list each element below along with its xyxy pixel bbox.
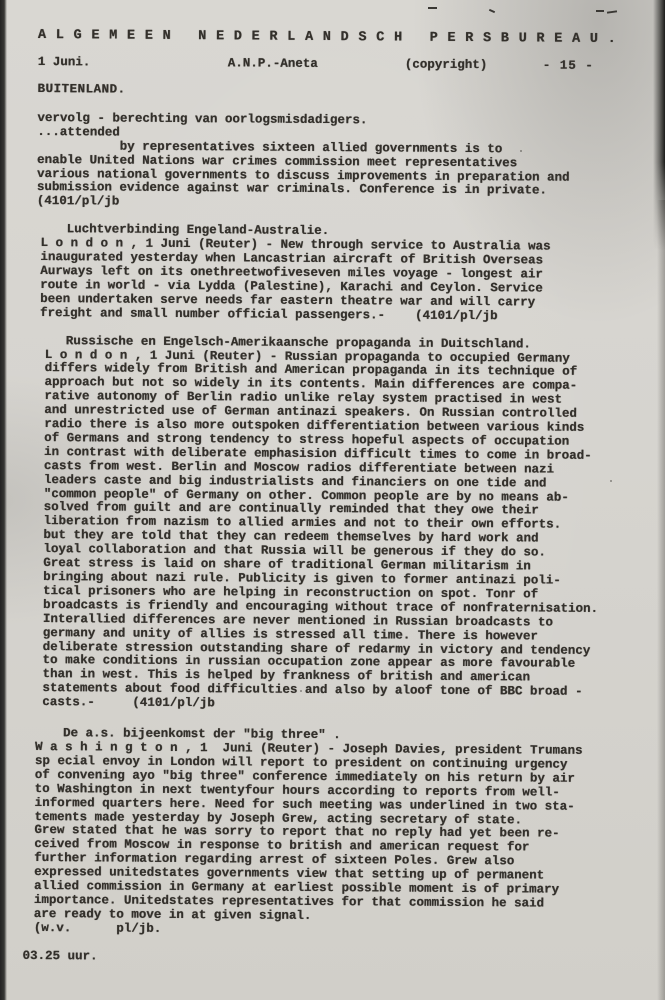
article-war-criminals: vervolg - berechting van oorlogsmisdadig… <box>37 112 628 213</box>
article-propaganda-germany: Russische en Engelsch-Amerikaansche prop… <box>33 335 626 715</box>
copyright-note: (copyright) <box>405 59 488 73</box>
article-body: L o n d o n , 1 Juni (Reuter) - Russian … <box>42 349 626 715</box>
article-air-link-england-australia: Luchtverbinding Engeland-Australie. L o … <box>36 223 627 324</box>
pen-mark <box>607 10 617 13</box>
page-number: - 15 - <box>543 60 594 74</box>
section-rubric: BUITENLAND. <box>38 83 628 101</box>
scan-shadow-right <box>657 200 665 1000</box>
scanned-press-bulletin-page: { "masthead": { "title": "A L G E M E E … <box>0 0 665 1000</box>
agency-credit: A.N.P.-Aneta <box>228 57 318 72</box>
masthead-title: A L G E M E E N N E D E R L A N D S C H … <box>38 27 628 49</box>
article-body: W a s h i n g t o n , 1 Juni (Reuter) - … <box>34 741 623 940</box>
pen-mark <box>596 10 604 12</box>
masthead-row: 1 Juni. A.N.P.-Aneta (copyright) - 15 - <box>38 56 628 78</box>
pen-mark <box>428 7 437 9</box>
document-content: A L G E M E E N N E D E R L A N D S C H … <box>31 27 628 968</box>
article-big-three-meeting: De a.s. bijeenkomst der "big three" . W … <box>32 727 623 940</box>
timestamp: 03.25 uur. <box>22 950 621 968</box>
scan-edge-left <box>0 0 7 1000</box>
pen-mark <box>489 9 495 13</box>
article-body: ...attended by representatives sixteen a… <box>37 126 628 214</box>
article-body: L o n d o n , 1 Juni (Reuter) - New thro… <box>40 237 627 325</box>
issue-date: 1 Juni. <box>38 56 91 70</box>
